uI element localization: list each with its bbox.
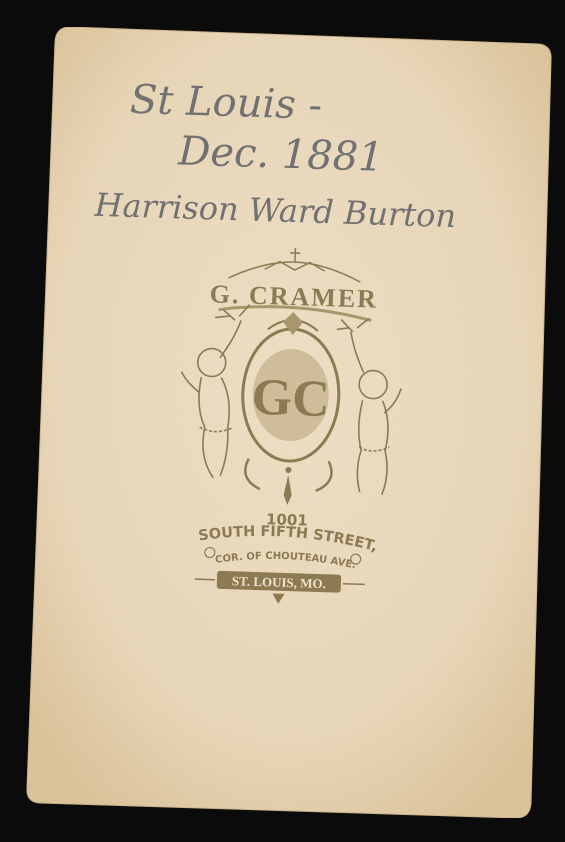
handwriting-line-1: St Louis - [129,77,323,129]
city: ST. LOUIS, MO. [232,573,326,591]
handwriting-line-2: Dec. 1881 [177,128,385,180]
card-photo-scene: St Louis - Dec. 1881 Harrison Ward Burto… [0,0,565,842]
monogram: GC [251,369,331,428]
